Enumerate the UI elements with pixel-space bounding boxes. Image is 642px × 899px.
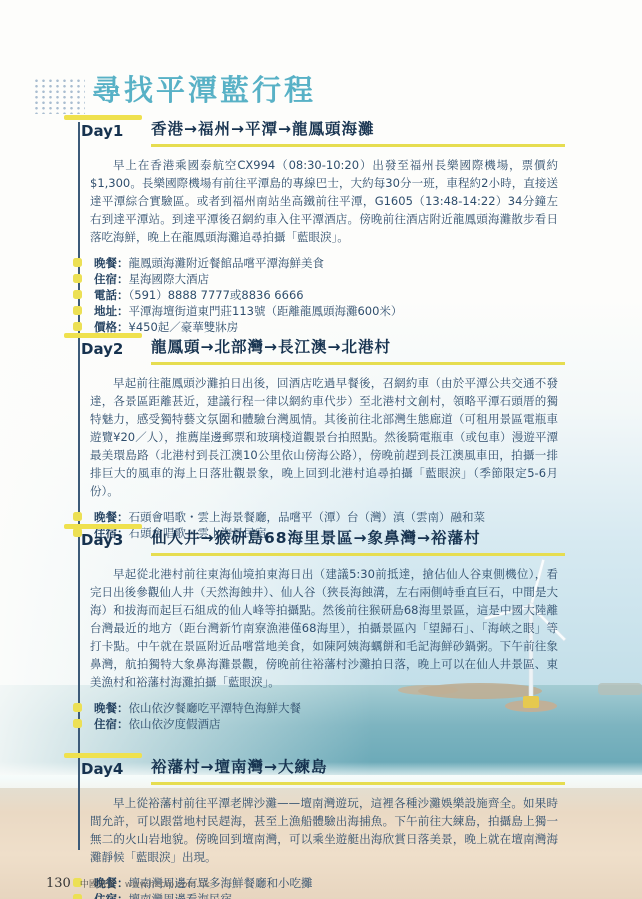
magazine-name: 中國旅遊 xyxy=(80,877,116,890)
bullet-icon xyxy=(73,719,82,728)
yellow-highlight-bar xyxy=(64,115,142,120)
list-item: 地址：平潭海壇街道東門莊113號（距離龍鳳頭海灘600米） xyxy=(78,303,565,319)
day1-header: Day1 香港→福州→平潭→龍鳳頭海灘 xyxy=(60,114,565,147)
bullet-icon xyxy=(73,306,82,315)
day1-route-title: 香港→福州→平潭→龍鳳頭海灘 xyxy=(151,114,565,147)
day4-header: Day4 裕藩村→壇南灣→大練島 xyxy=(60,752,565,785)
day3-header: Day3 仙人井→猴研島68海里景區→象鼻灣→裕藩村 xyxy=(60,523,565,556)
bullet-icon xyxy=(73,894,82,899)
list-item: 住宿：星海國際大酒店 xyxy=(78,271,565,287)
day2-section: Day2 龍鳳頭→北部灣→長江澳→北港村 早起前往龍鳳頭沙灘拍日出後，回酒店吃過… xyxy=(60,332,565,541)
item-text: 依山依汐餐廳吃平潭特色海鮮大餐 xyxy=(129,701,302,715)
bullet-icon xyxy=(73,274,82,283)
page-title-row: 尋找平潭藍行程 xyxy=(33,68,316,114)
bullet-icon xyxy=(73,258,82,267)
day2-paragraph: 早起前往龍鳳頭沙灘拍日出後，回酒店吃過早餐後，召網約車（由於平潭公共交通不發達，… xyxy=(90,374,558,500)
day4-label-text: Day4 xyxy=(81,760,123,778)
day3-label-text: Day3 xyxy=(81,531,123,549)
list-item: 晚餐：依山依汐餐廳吃平潭特色海鮮大餐 xyxy=(78,700,565,716)
magazine-page: 尋找平潭藍行程 Day1 香港→福州→平潭→龍鳳頭海灘 早上在香港乘國泰航空CX… xyxy=(0,0,642,899)
item-text: 龍鳳頭海灘附近餐館品嚐平潭海鮮美食 xyxy=(129,256,325,270)
bullet-icon xyxy=(73,290,82,299)
yellow-highlight-bar xyxy=(64,753,142,758)
day3-info-list: 晚餐：依山依汐餐廳吃平潭特色海鮮大餐 住宿：依山依汐度假酒店 xyxy=(60,700,565,732)
day1-section: Day1 香港→福州→平潭→龍鳳頭海灘 早上在香港乘國泰航空CX994（08:3… xyxy=(60,114,565,335)
item-text: 壇南灣周邊看海民宿 xyxy=(129,892,233,899)
day1-paragraph: 早上在香港乘國泰航空CX994（08:30-10:20）出發至福州長樂國際機場，… xyxy=(90,156,558,246)
day3-paragraph: 早起從北港村前往東海仙境拍東海日出（建議5:30前抵達，搶佔仙人谷東側機位），看… xyxy=(90,565,558,691)
day2-route-title: 龍鳳頭→北部灣→長江澳→北港村 xyxy=(151,332,565,365)
item-label: 住宿： xyxy=(94,892,129,899)
day4-label: Day4 xyxy=(60,752,141,778)
item-text: 依山依汐度假酒店 xyxy=(129,717,221,731)
yellow-highlight-bar xyxy=(64,333,142,338)
day3-section: Day3 仙人井→猴研島68海里景區→象鼻灣→裕藩村 早起從北港村前往東海仙境拍… xyxy=(60,523,565,732)
item-text: （591）8888 7777或8836 6666 xyxy=(129,288,304,302)
day1-info-list: 晚餐：龍鳳頭海灘附近餐館品嚐平潭海鮮美食 住宿：星海國際大酒店 電話：（591）… xyxy=(60,255,565,335)
item-text: 星海國際大酒店 xyxy=(129,272,210,286)
list-item: 住宿：依山依汐度假酒店 xyxy=(78,716,565,732)
dots-pattern-icon xyxy=(33,78,85,114)
bullet-icon xyxy=(73,703,82,712)
page-footer: 130 中國旅遊 www.hkctp.com.hk xyxy=(46,876,210,891)
list-item: 住宿：壇南灣周邊看海民宿 xyxy=(78,891,565,899)
day2-label-text: Day2 xyxy=(81,340,123,358)
day2-header: Day2 龍鳳頭→北部灣→長江澳→北港村 xyxy=(60,332,565,365)
day3-route-title: 仙人井→猴研島68海里景區→象鼻灣→裕藩村 xyxy=(151,523,565,556)
day2-label: Day2 xyxy=(60,332,141,358)
day4-paragraph: 早上從裕藩村前往平潭老牌沙灘——壇南灣遊玩，這裡各種沙灘娛樂設施齊全。如果時間允… xyxy=(90,794,558,866)
list-item: 電話：（591）8888 7777或8836 6666 xyxy=(78,287,565,303)
item-label: 晚餐： xyxy=(94,701,129,715)
bullet-icon xyxy=(73,322,82,331)
item-label: 住宿： xyxy=(94,272,129,286)
item-label: 地址： xyxy=(94,304,129,318)
day1-label-text: Day1 xyxy=(81,122,123,140)
item-text: 平潭海壇街道東門莊113號（距離龍鳳頭海灘600米） xyxy=(129,304,403,318)
yellow-highlight-bar xyxy=(64,524,142,529)
day4-route-title: 裕藩村→壇南灣→大練島 xyxy=(151,752,565,785)
page-number: 130 xyxy=(46,876,71,891)
item-label: 電話： xyxy=(94,288,129,302)
item-label: 晚餐： xyxy=(94,256,129,270)
item-label: 住宿： xyxy=(94,717,129,731)
bullet-icon xyxy=(73,512,82,521)
item-label: 晚餐： xyxy=(94,510,129,524)
item-text: 石頭會唱歌・雲上海景餐廳，品嚐平（潭）台（灣）滇（雲南）融和菜 xyxy=(129,510,486,524)
list-item: 晚餐：龍鳳頭海灘附近餐館品嚐平潭海鮮美食 xyxy=(78,255,565,271)
website-url: www.hkctp.com.hk xyxy=(125,880,210,890)
day3-label: Day3 xyxy=(60,523,141,549)
day1-label: Day1 xyxy=(60,114,141,140)
page-title: 尋找平潭藍行程 xyxy=(92,68,316,109)
